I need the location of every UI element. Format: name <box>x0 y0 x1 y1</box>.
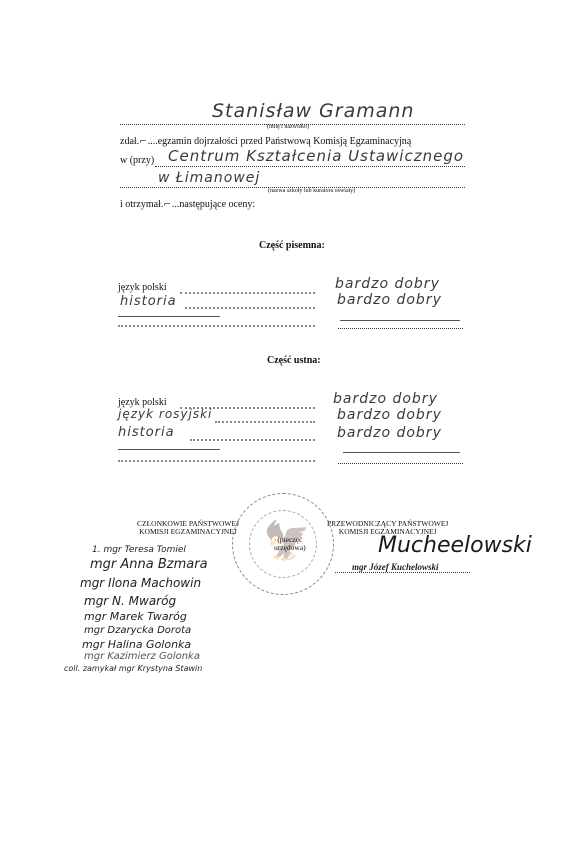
chair-name: mgr Józef Kuchelowski <box>352 562 439 572</box>
chair-dotted-line <box>335 572 470 573</box>
oral-underline-right <box>343 452 460 453</box>
written-underline-left <box>118 316 220 317</box>
oral-subject-3: historia <box>118 425 175 440</box>
passed-line: zdał.⌐....egzamin dojrzałości przed Pańs… <box>120 136 411 147</box>
written-dots-1 <box>180 292 315 294</box>
received-line: i otrzymał.⌐...następujące oceny: <box>120 199 255 210</box>
written-dots-2 <box>185 307 315 309</box>
written-subject-1: język polski <box>118 282 167 293</box>
oral-dots-empty <box>118 460 315 462</box>
received-prefix: i otrzymał <box>120 199 161 210</box>
oral-dots-empty-right <box>338 463 463 464</box>
written-heading: Część pisemna: <box>259 240 325 251</box>
name-caption: (imię i nazwisko) <box>267 124 309 130</box>
oral-grade-1: bardzo dobry <box>333 391 438 407</box>
school-name-line-1: Centrum Kształcenia Ustawicznego <box>168 147 464 165</box>
member-signature-6: mgr Dzarycka Dorota <box>84 625 191 636</box>
school-caption: (nazwa szkoły lub kuratora oświaty) <box>268 188 355 194</box>
member-signature-4: mgr N. Mwaróg <box>84 594 176 608</box>
oral-dots-2 <box>215 421 315 423</box>
school-name-line-2: w Łimanowej <box>158 170 260 186</box>
oral-underline-left <box>118 449 220 450</box>
written-grade-1: bardzo dobry <box>335 276 440 292</box>
member-signature-7: mgr Halina Golonka <box>82 638 191 651</box>
member-signature-3: mgr Ilona Machowin <box>80 576 201 590</box>
passed-prefix: zdał <box>120 136 137 147</box>
school-dotted-line-1 <box>155 166 465 167</box>
written-subject-2: historia <box>120 294 177 309</box>
stamp-label-line-2: urzędowa) <box>274 544 306 552</box>
oral-grade-2: bardzo dobry <box>337 407 442 423</box>
written-dots-empty-right <box>338 328 463 329</box>
received-text: następujące oceny: <box>179 199 255 210</box>
members-title: CZŁONKOWIE PAŃSTWOWEJ KOMISJI EGZAMINACY… <box>137 520 239 536</box>
written-dots-empty <box>118 325 315 327</box>
student-name: Stanisław Gramann <box>212 100 414 122</box>
member-signature-8: mgr Kazimierz Golonka <box>84 651 200 662</box>
written-underline-right <box>340 320 460 321</box>
member-signature-1: 1. mgr Teresa Tomiel <box>92 545 186 555</box>
member-signature-9: coll. zamykał mgr Krystyna Stawin <box>64 664 202 673</box>
member-signature-2: mgr Anna Bzmara <box>90 557 208 572</box>
oral-dots-3 <box>190 439 315 441</box>
passed-mark: ⌐ <box>139 137 148 147</box>
stamp-label: (pieczęć urzędowa) <box>274 536 306 552</box>
members-title-line-2: KOMISJI EGZAMINACYJNEJ <box>137 528 239 536</box>
oral-subject-2: język rosyjski <box>118 407 212 421</box>
oral-grade-3: bardzo dobry <box>337 425 442 441</box>
member-signature-5: mgr Marek Twaróg <box>84 610 187 623</box>
written-grade-2: bardzo dobry <box>337 292 442 308</box>
at-prefix: w (przy) <box>120 155 154 166</box>
passed-text: egzamin dojrzałości przed Państwową Komi… <box>158 136 412 147</box>
received-mark: ⌐ <box>163 200 172 210</box>
chair-signature: Mucheelowski <box>378 533 532 558</box>
oral-heading: Część ustna: <box>267 355 321 366</box>
